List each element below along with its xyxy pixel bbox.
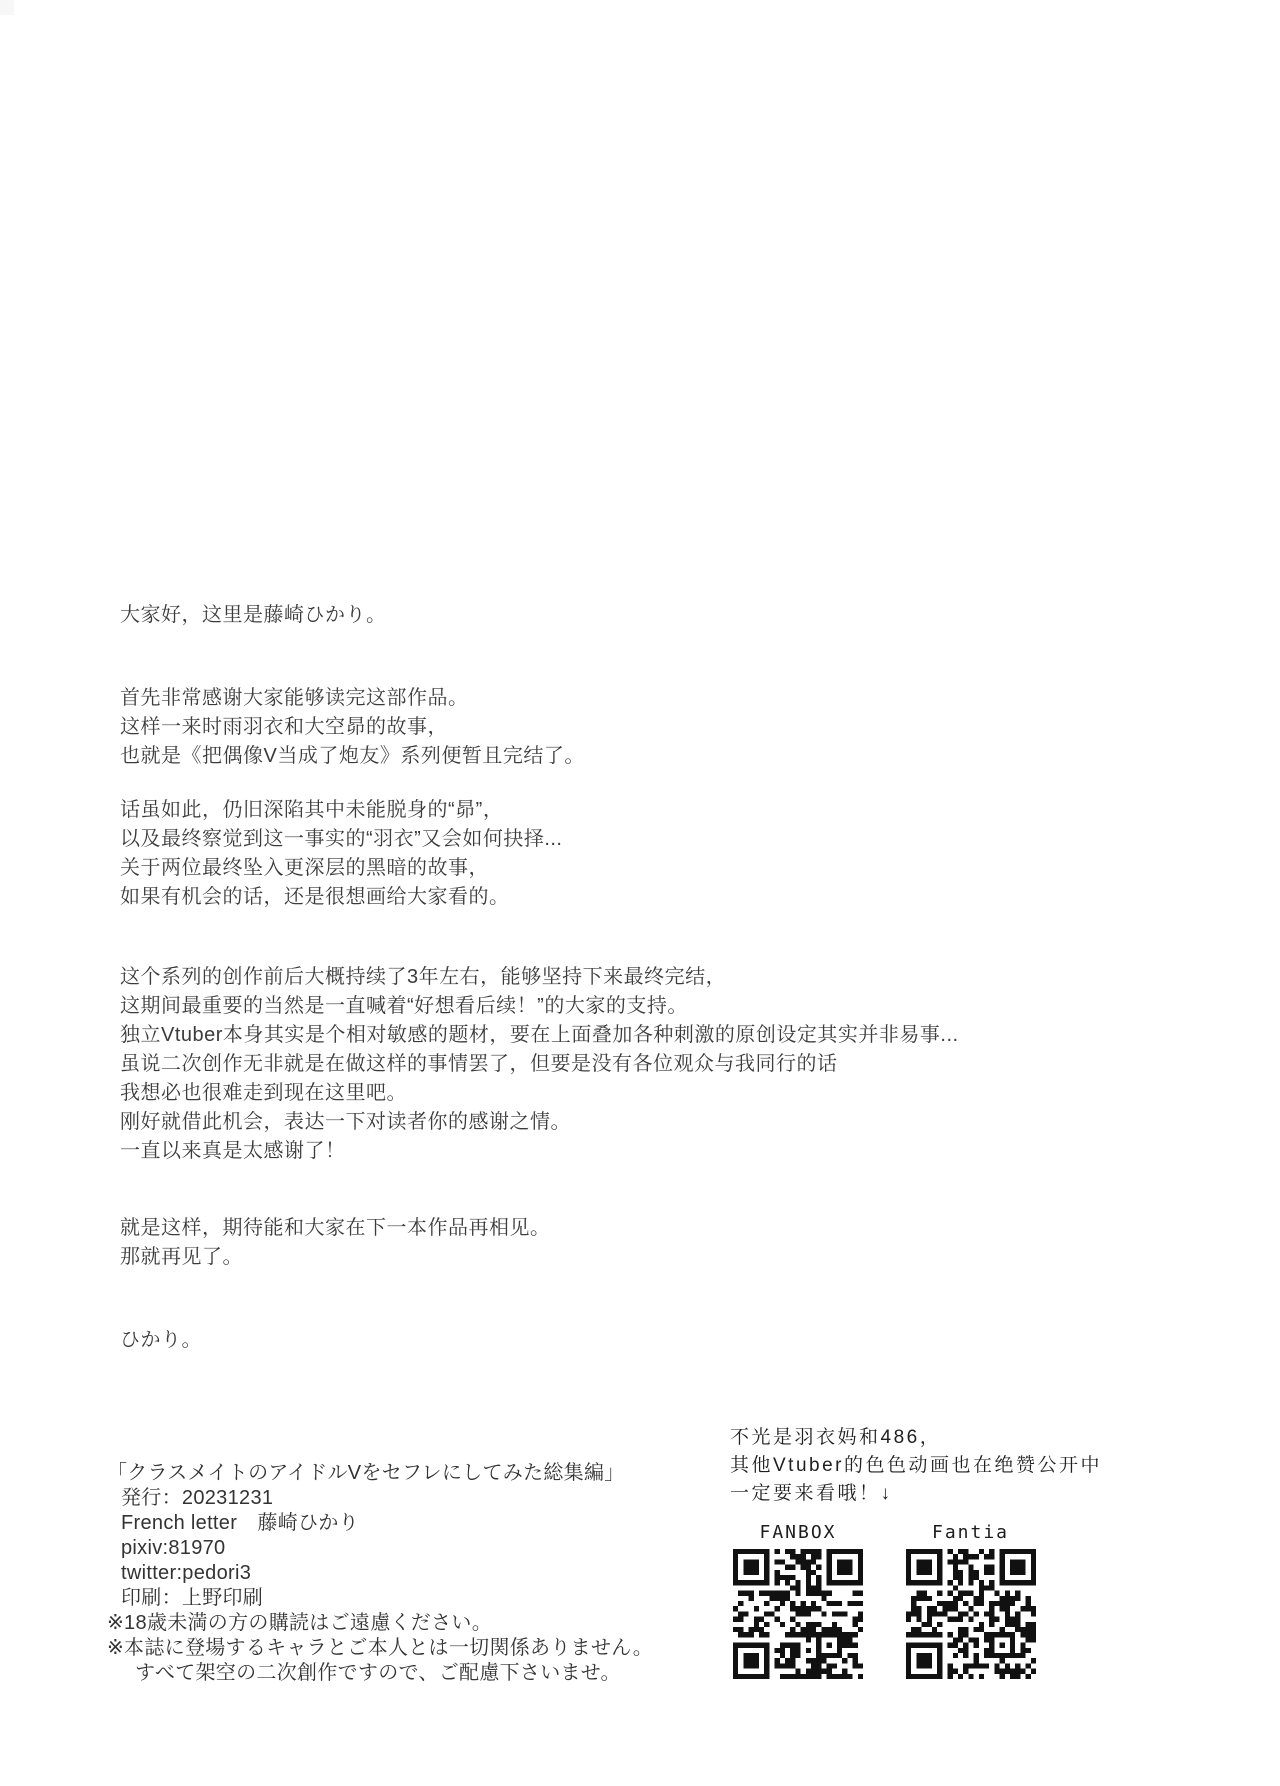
text-line: 如果有机会的话，还是很想画给大家看的。: [120, 883, 563, 912]
text-line: 就是这样，期待能和大家在下一本作品再相见。: [120, 1214, 551, 1243]
text-line: 关于两位最终坠入更深层的黑暗的故事，: [120, 854, 563, 883]
qr-group-fanbox: FANBOX: [733, 1522, 863, 1679]
scan-artifact: [0, 0, 14, 15]
promo-line: 其他Vtuber的色色动画也在绝赞公开中: [730, 1452, 1102, 1480]
text-line: 我想必也很难走到现在这里吧。: [120, 1079, 959, 1108]
text-line: 那就再见了。: [120, 1243, 551, 1272]
text-line: 以及最终察觉到这一事实的“羽衣”又会如何抉择...: [120, 825, 563, 854]
promo-line: 一定要来看哦！↓: [730, 1480, 1102, 1508]
text-line: 这期间最重要的当然是一直喊着“好想看后续！”的大家的支持。: [120, 992, 959, 1021]
signature-line: ひかり。: [120, 1326, 202, 1355]
paragraph-farewell: 就是这样，期待能和大家在下一本作品再相见。 那就再见了。: [120, 1214, 551, 1272]
afterword-page: 大家好，这里是藤崎ひかり。 首先非常感谢大家能够读完这部作品。 这样一来时雨羽衣…: [0, 0, 1280, 1786]
text-line: 独立Vtuber本身其实是个相对敏感的题材，要在上面叠加各种刺激的原创设定其实并…: [120, 1021, 959, 1050]
promo-line: 不光是羽衣妈和486，: [730, 1424, 1102, 1452]
fantia-label: Fantia: [906, 1522, 1035, 1543]
book-title: 「クラスメイトのアイドルVをセフレにしてみた総集編」: [107, 1461, 653, 1486]
author-signature: ひかり。: [120, 1326, 202, 1355]
fanbox-qr-code: [733, 1549, 863, 1679]
text-line: 这个系列的创作前后大概持续了3年左右，能够坚持下来最终完结，: [120, 963, 959, 992]
paragraph-journey: 这个系列的创作前后大概持续了3年左右，能够坚持下来最终完结， 这期间最重要的当然…: [120, 963, 959, 1166]
paragraph-future-story: 话虽如此，仍旧深陷其中未能脱身的“昴”， 以及最终察觉到这一事实的“羽衣”又会如…: [120, 796, 563, 912]
paragraph-greeting: 大家好，这里是藤崎ひかり。: [120, 602, 387, 628]
text-line: 也就是《把偶像V当成了炮友》系列便暂且完结了。: [120, 742, 585, 771]
text-line: 话虽如此，仍旧深陷其中未能脱身的“昴”，: [120, 796, 563, 825]
fantia-qr-code: [906, 1549, 1036, 1679]
qr-group-fantia: Fantia: [906, 1522, 1035, 1679]
paragraph-thanks: 首先非常感谢大家能够读完这部作品。 这样一来时雨羽衣和大空昴的故事， 也就是《把…: [120, 684, 585, 771]
text-line: 首先非常感谢大家能够读完这部作品。: [120, 684, 585, 713]
text-line: 刚好就借此机会，表达一下对读者你的感谢之情。: [120, 1108, 959, 1137]
publish-date: 発行：20231231: [107, 1486, 653, 1511]
greeting-line: 大家好，这里是藤崎ひかり。: [120, 602, 387, 628]
fanbox-label: FANBOX: [733, 1522, 863, 1543]
qr-section: FANBOX Fantia: [0, 1510, 1280, 1710]
promo-note: 不光是羽衣妈和486， 其他Vtuber的色色动画也在绝赞公开中 一定要来看哦！…: [730, 1424, 1102, 1508]
text-line: 这样一来时雨羽衣和大空昴的故事，: [120, 713, 585, 742]
text-line: 一直以来真是太感谢了！: [120, 1137, 959, 1166]
text-line: 虽说二次创作无非就是在做这样的事情罢了，但要是没有各位观众与我同行的话: [120, 1050, 959, 1079]
